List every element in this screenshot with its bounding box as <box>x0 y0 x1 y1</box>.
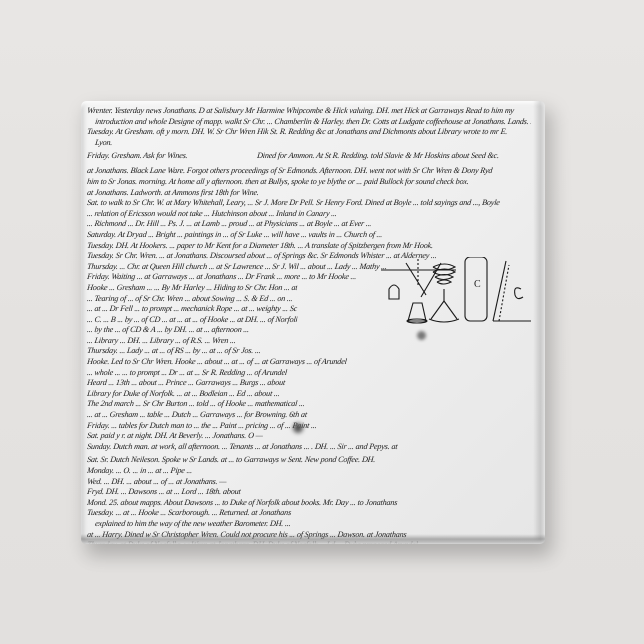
manuscript-line: Lyon. <box>86 138 531 149</box>
manuscript-line: Wrenter. Yesterday news Jonathans. D at … <box>86 106 531 117</box>
manuscript-line: ... C. ... B ... by ... of CD ... at ...… <box>86 315 297 326</box>
manuscript-line: Tuesday. DH. At Hookers. ... paper to Mr… <box>86 241 531 252</box>
manuscript-line: Sat. Sr. Dutch Neileson. Spoke w Sr Land… <box>86 455 531 466</box>
manuscript-line: Heard ... 13th ... about ... Prince ... … <box>86 378 531 389</box>
manuscript-line: Sat. paid y r. at night. DH. At Beverly.… <box>86 431 531 442</box>
manuscript-line: him to Sr Jonas. morning. At home all y … <box>86 177 531 188</box>
manuscript-line: Friday. Gresham. Ask for Wines. <box>86 151 257 162</box>
svg-text:C: C <box>474 279 481 290</box>
manuscript-line: ... whole ... ... to prompt ... Dr ... a… <box>86 368 531 379</box>
manuscript-line: ... by the ... of CD & A ... by DH. ... … <box>86 325 297 336</box>
manuscript-line: Hooke. Led to Sr Chr Wren. Hooke ... abo… <box>86 357 531 368</box>
scientific-sketch-icon: C <box>381 257 531 327</box>
button-bevel-right <box>533 101 545 544</box>
ink-blot <box>293 423 303 433</box>
square-pin-button: Wrenter. Yesterday news Jonathans. D at … <box>81 101 545 544</box>
manuscript-line: introduction and whole Designe of mapp. … <box>86 117 531 128</box>
manuscript-line: at Jonathans. Black Lane Ware. Forgot ot… <box>86 166 531 177</box>
manuscript-line: Sat. to walk to Sr Chr. W. at Mary White… <box>86 198 531 209</box>
manuscript-line: Library for Duke of Norfolk. ... at ... … <box>86 389 531 400</box>
manuscript-line: Wed. ... DH. ... about ... of ... at Jon… <box>86 477 531 488</box>
manuscript-line: Fryd. DH. ... Dawsons ... at ... Lord ..… <box>86 487 531 498</box>
ink-blot <box>417 331 426 340</box>
manuscript-line: Saturday. At Dryad ... Bright ... painti… <box>86 230 531 241</box>
manuscript-line: explained to him the way of the new weat… <box>86 519 531 530</box>
manuscript-line: ... at ... Gresham ... table ... Dutch .… <box>86 410 531 421</box>
manuscript-line: ... relation of Ericsson would not take … <box>86 209 531 220</box>
manuscript-line: Thursday. ... Lady ... at ... of RS ... … <box>86 346 297 357</box>
manuscript-line: Sunday. Dutch man. at work, all afternoo… <box>86 442 531 453</box>
manuscript-line: ... Library ... DH. ... Library ... of R… <box>86 336 297 347</box>
manuscript-line: Tuesday. ... at ... Hooke ... Scarboroug… <box>86 508 531 519</box>
manuscript-line: ... Tearing of ... of Sr Chr. Wren ... a… <box>86 294 297 305</box>
manuscript-line: Dined for Ammon. At St R. Redding. told … <box>256 151 522 162</box>
manuscript-line: Monday. ... O. ... in ... at ... Pipe ..… <box>86 466 531 477</box>
manuscript-line: Friday. ... tables for Dutch man to ... … <box>86 421 531 432</box>
manuscript-line: ... at ... Dr Fell ... to prompt ... mec… <box>86 304 297 315</box>
manuscript-line: ... Richmond ... Dr. Hill ... Ps. J. ...… <box>86 219 531 230</box>
manuscript-line: Tuesday. At Gresham. oft y morn. DH. W. … <box>86 127 531 138</box>
manuscript-line: Mond. 25. about mapps. About Dawsons ...… <box>86 498 531 509</box>
manuscript-line: The 2nd march ... Sr Chr Burton ... told… <box>86 399 531 410</box>
manuscript-line: at Jonathans. Ladworth. at Ammons first … <box>86 188 531 199</box>
button-bevel-bottom <box>81 534 545 544</box>
manuscript-line: Hooke ... Gresham ... ... By Mr Harley .… <box>86 283 297 294</box>
